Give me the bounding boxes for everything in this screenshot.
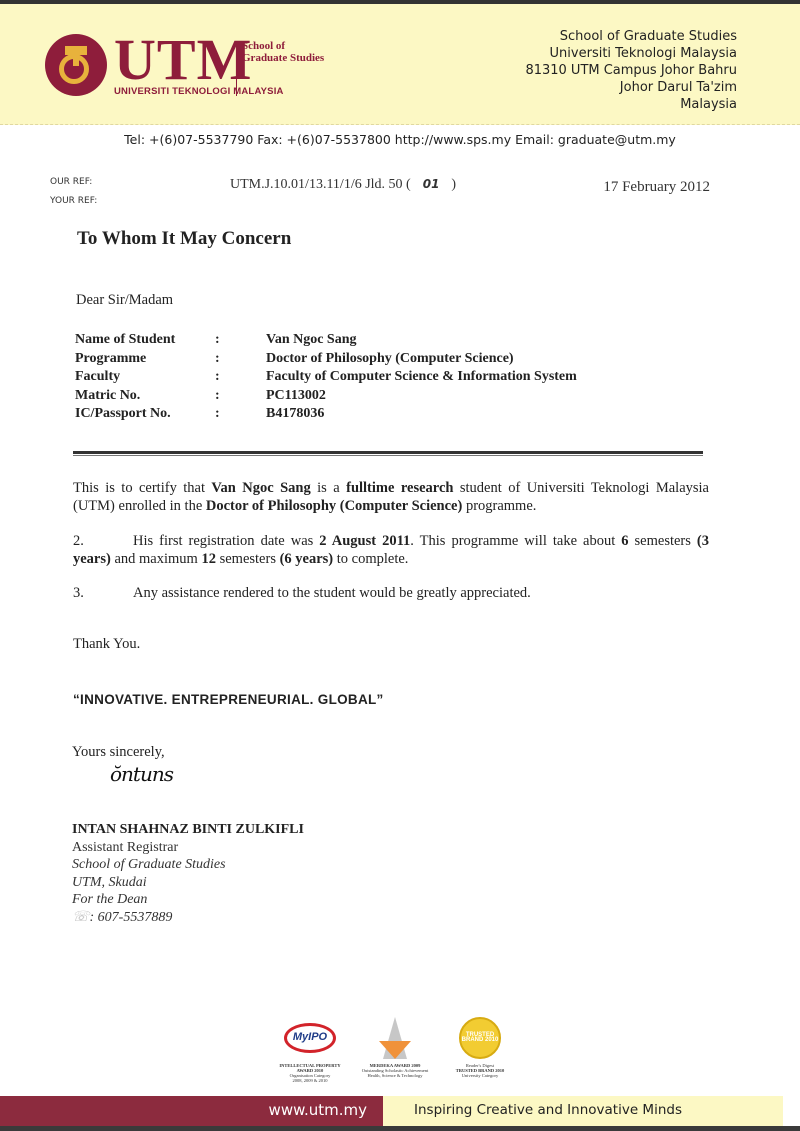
bottom-border: [0, 1126, 800, 1131]
signer-block: INTAN SHAHNAZ BINTI ZULKIFLI Assistant R…: [72, 821, 304, 926]
utm-logo: UTM: [114, 34, 252, 86]
footer-url[interactable]: www.utm.my: [269, 1101, 367, 1119]
paragraph-3: 3.Any assistance rendered to the student…: [73, 584, 709, 602]
signature: ŏntuns: [110, 762, 173, 786]
signer-for: For the Dean: [72, 891, 304, 909]
matric-no: PC113002: [266, 387, 326, 406]
footer-url-band: www.utm.my: [0, 1096, 383, 1126]
salutation: Dear Sir/Madam: [76, 292, 173, 309]
info-row: Faculty : Faculty of Computer Science & …: [75, 368, 577, 387]
footer-tagline-band: Inspiring Creative and Innovative Minds: [383, 1096, 783, 1126]
your-ref-label: YOUR REF:: [50, 192, 97, 211]
letter-date: 17 February 2012: [603, 179, 710, 196]
awards-row: MyIPO INTELLECTUAL PROPERTY AWARD 2010 O…: [270, 1015, 520, 1083]
logo-divider: [236, 42, 237, 96]
merdeka-award-icon: [383, 1017, 407, 1059]
info-row: IC/Passport No. : B4178036: [75, 405, 577, 424]
award-myipo: MyIPO INTELLECTUAL PROPERTY AWARD 2010 O…: [270, 1015, 350, 1083]
signer-name: INTAN SHAHNAZ BINTI ZULKIFLI: [72, 821, 304, 839]
signer-school: School of Graduate Studies: [72, 856, 304, 874]
faculty: Faculty of Computer Science & Informatio…: [266, 368, 577, 387]
closing: Yours sincerely,: [72, 744, 165, 761]
student-info: Name of Student : Van Ngoc Sang Programm…: [75, 331, 577, 424]
logo-school-name: School of Graduate Studies: [242, 40, 324, 64]
signer-location: UTM, Skudai: [72, 874, 304, 892]
paragraph-2: 2.His first registration date was 2 Augu…: [73, 532, 709, 568]
our-ref-label: OUR REF:: [50, 173, 97, 192]
signer-phone: ☏: 607-5537889: [72, 909, 304, 927]
info-row: Programme : Doctor of Philosophy (Comput…: [75, 350, 577, 369]
letter-title: To Whom It May Concern: [77, 228, 291, 250]
trusted-brand-icon: TRUSTED BRAND 2010: [459, 1017, 501, 1059]
ref-labels: OUR REF: YOUR REF:: [50, 173, 97, 211]
school-address: School of Graduate Studies Universiti Te…: [525, 28, 737, 113]
phone-icon: ☏: [72, 910, 90, 925]
thank-you: Thank You.: [73, 636, 140, 653]
university-name: UNIVERSITI TEKNOLOGI MALAYSIA: [114, 86, 284, 97]
letterhead: UTM UNIVERSITI TEKNOLOGI MALAYSIA School…: [0, 4, 800, 125]
passport-no: B4178036: [266, 405, 324, 424]
programme: Doctor of Philosophy (Computer Science): [266, 350, 514, 369]
paragraph-1: This is to certify that Van Ngoc Sang is…: [73, 479, 709, 515]
utm-seal-icon: [45, 34, 107, 96]
info-row: Matric No. : PC113002: [75, 387, 577, 406]
signer-title: Assistant Registrar: [72, 839, 304, 857]
award-merdeka: MERDEKA AWARD 2009 Outstanding Scholasti…: [355, 1015, 435, 1083]
student-name: Van Ngoc Sang: [266, 331, 357, 350]
divider-thin: [73, 455, 703, 456]
info-row: Name of Student : Van Ngoc Sang: [75, 331, 577, 350]
reference-number: UTM.J.10.01/13.11/1/6 Jld. 50 (01): [230, 177, 456, 193]
handwritten-ref: 01: [423, 177, 440, 191]
motto: “INNOVATIVE. ENTREPRENEURIAL. GLOBAL”: [73, 692, 384, 707]
award-trusted-brand: TRUSTED BRAND 2010 Reader's Digest TRUST…: [440, 1015, 520, 1083]
myipo-logo-icon: MyIPO: [284, 1023, 336, 1053]
divider-thick: [73, 451, 703, 454]
footer-tagline: Inspiring Creative and Innovative Minds: [414, 1102, 682, 1118]
contact-line: Tel: +(6)07-5537790 Fax: +(6)07-5537800 …: [0, 132, 800, 147]
